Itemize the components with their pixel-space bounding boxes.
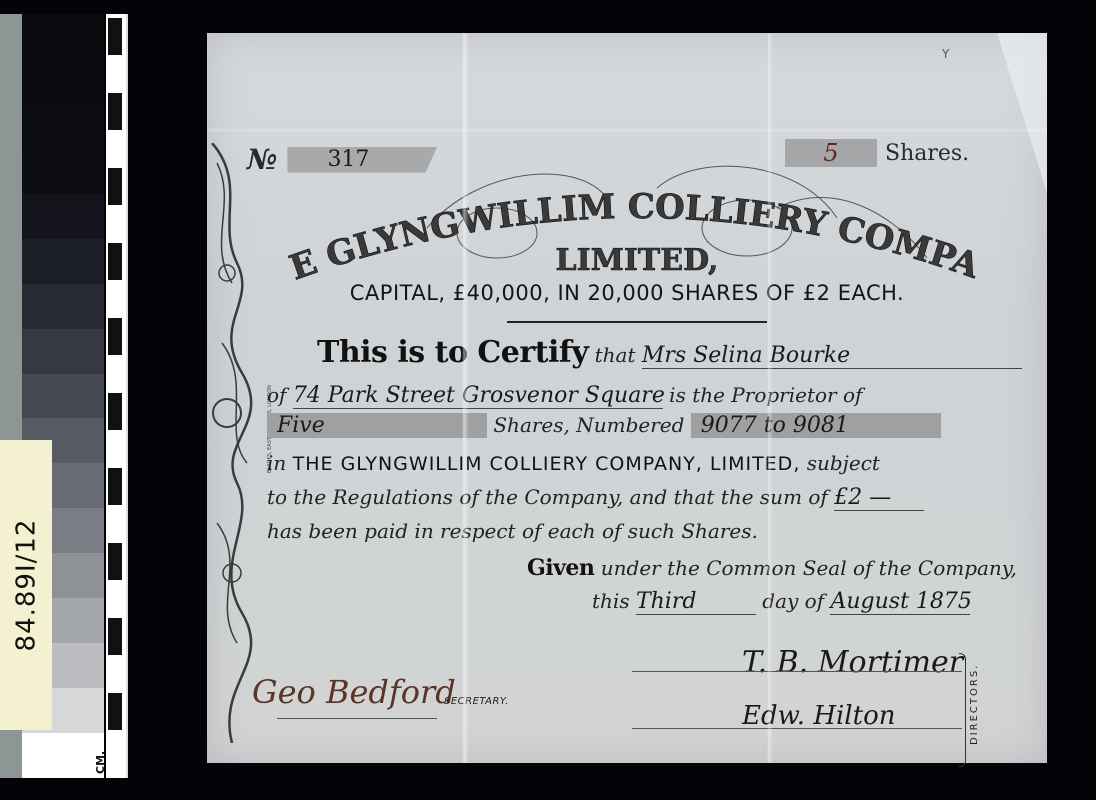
number-sign: № [247, 143, 277, 176]
ruler-segment [108, 243, 122, 280]
greyscale-step [22, 733, 104, 778]
ruler-segment [108, 618, 122, 655]
greyscale-step [22, 374, 104, 419]
directors-label: DIRECTORS. [969, 664, 980, 745]
pencil-mark: Y [942, 47, 949, 61]
divider-rule [507, 321, 767, 323]
holder-address: 74 Park Street Grosvenor Square [293, 383, 663, 409]
ruler-segment [108, 468, 122, 505]
secretary-label: SECRETARY. [444, 696, 509, 707]
director-2-signature: Edw. Hilton [742, 701, 895, 731]
given-line: Given under the Common Seal of the Compa… [527, 555, 1007, 585]
certify-line: This is to Certify that Mrs Selina Bourk… [317, 335, 1047, 365]
greyscale-step [22, 104, 104, 149]
director-1-signature: T. B. Mortimer [742, 645, 963, 680]
secretary-signature: Geo Bedford [252, 673, 456, 711]
secretary-signature-line [277, 718, 437, 719]
catalogue-number: 84.89I/12 [11, 519, 41, 652]
in-label: in [267, 451, 286, 475]
ruler-segment [108, 318, 122, 355]
day-value: Third [636, 589, 756, 615]
shares-in-words: Five [267, 413, 487, 438]
company-name-caps: THE GLYNGWILLIM COLLIERY COMPANY, LIMITE… [293, 453, 801, 475]
sum-paid: £2 — [834, 485, 924, 511]
catalogue-label-card: 84.89I/12 [0, 440, 52, 730]
company-line: in THE GLYNGWILLIM COLLIERY COMPANY, LIM… [267, 451, 997, 481]
greyscale-step [22, 149, 104, 194]
given-heading: Given [527, 555, 594, 581]
that-label: that [595, 343, 636, 367]
greyscale-step [22, 59, 104, 104]
capital-statement: CAPITAL, £40,000, IN 20,000 SHARES OF £2… [207, 281, 1047, 305]
date-line: this Third day of August 1875 [592, 589, 1012, 619]
greyscale-step [22, 14, 104, 59]
numbered-label: Shares, Numbered [493, 413, 684, 437]
directors-bracket [959, 653, 966, 767]
ruler-segment [108, 168, 122, 205]
shares-numbered-line: Five Shares, Numbered 9077 to 9081 [267, 413, 997, 443]
subject-label: subject [807, 451, 880, 475]
paid-line: has been paid in respect of each of such… [267, 519, 997, 549]
greyscale-step [22, 329, 104, 374]
share-number-range: 9077 to 9081 [691, 413, 941, 438]
ruler-segment [108, 693, 122, 730]
ruler-segment [108, 393, 122, 430]
ruler-segment [108, 543, 122, 580]
holder-name: Mrs Selina Bourke [642, 343, 1022, 369]
regulations-line: to the Regulations of the Company, and t… [267, 485, 997, 515]
cm-ruler: CM. [106, 14, 128, 778]
company-title-limited: LIMITED, [556, 243, 719, 278]
greyscale-step [22, 284, 104, 329]
regulations-text: to the Regulations of the Company, and t… [267, 485, 828, 509]
address-line: of 74 Park Street Grosvenor Square is th… [267, 383, 997, 413]
seal-text: under the Common Seal of the Company, [601, 556, 1017, 580]
certify-heading: This is to Certify [317, 335, 588, 370]
share-certificate: BLADES, EAST & BLADES, LONDON Y № 317 5 … [207, 33, 1047, 763]
ruler-segment [108, 18, 122, 55]
greyscale-step [22, 194, 104, 239]
proprietor-label: is the Proprietor of [669, 383, 862, 407]
company-title: THE GLYNGWILLIM COLLIERY COMPANY, LIMITE… [277, 158, 997, 298]
month-year-value: August 1875 [830, 589, 970, 615]
scroll-ornament-border [207, 143, 257, 743]
folded-corner [997, 33, 1047, 193]
of-label: of [267, 383, 286, 407]
director-2-signature-line [632, 728, 962, 729]
greyscale-step [22, 239, 104, 284]
this-label: this [592, 589, 630, 613]
ruler-unit-label: CM. [94, 751, 107, 774]
ruler-segment [108, 93, 122, 130]
day-of-label: day of [762, 589, 824, 613]
director-1-signature-line [632, 671, 962, 672]
